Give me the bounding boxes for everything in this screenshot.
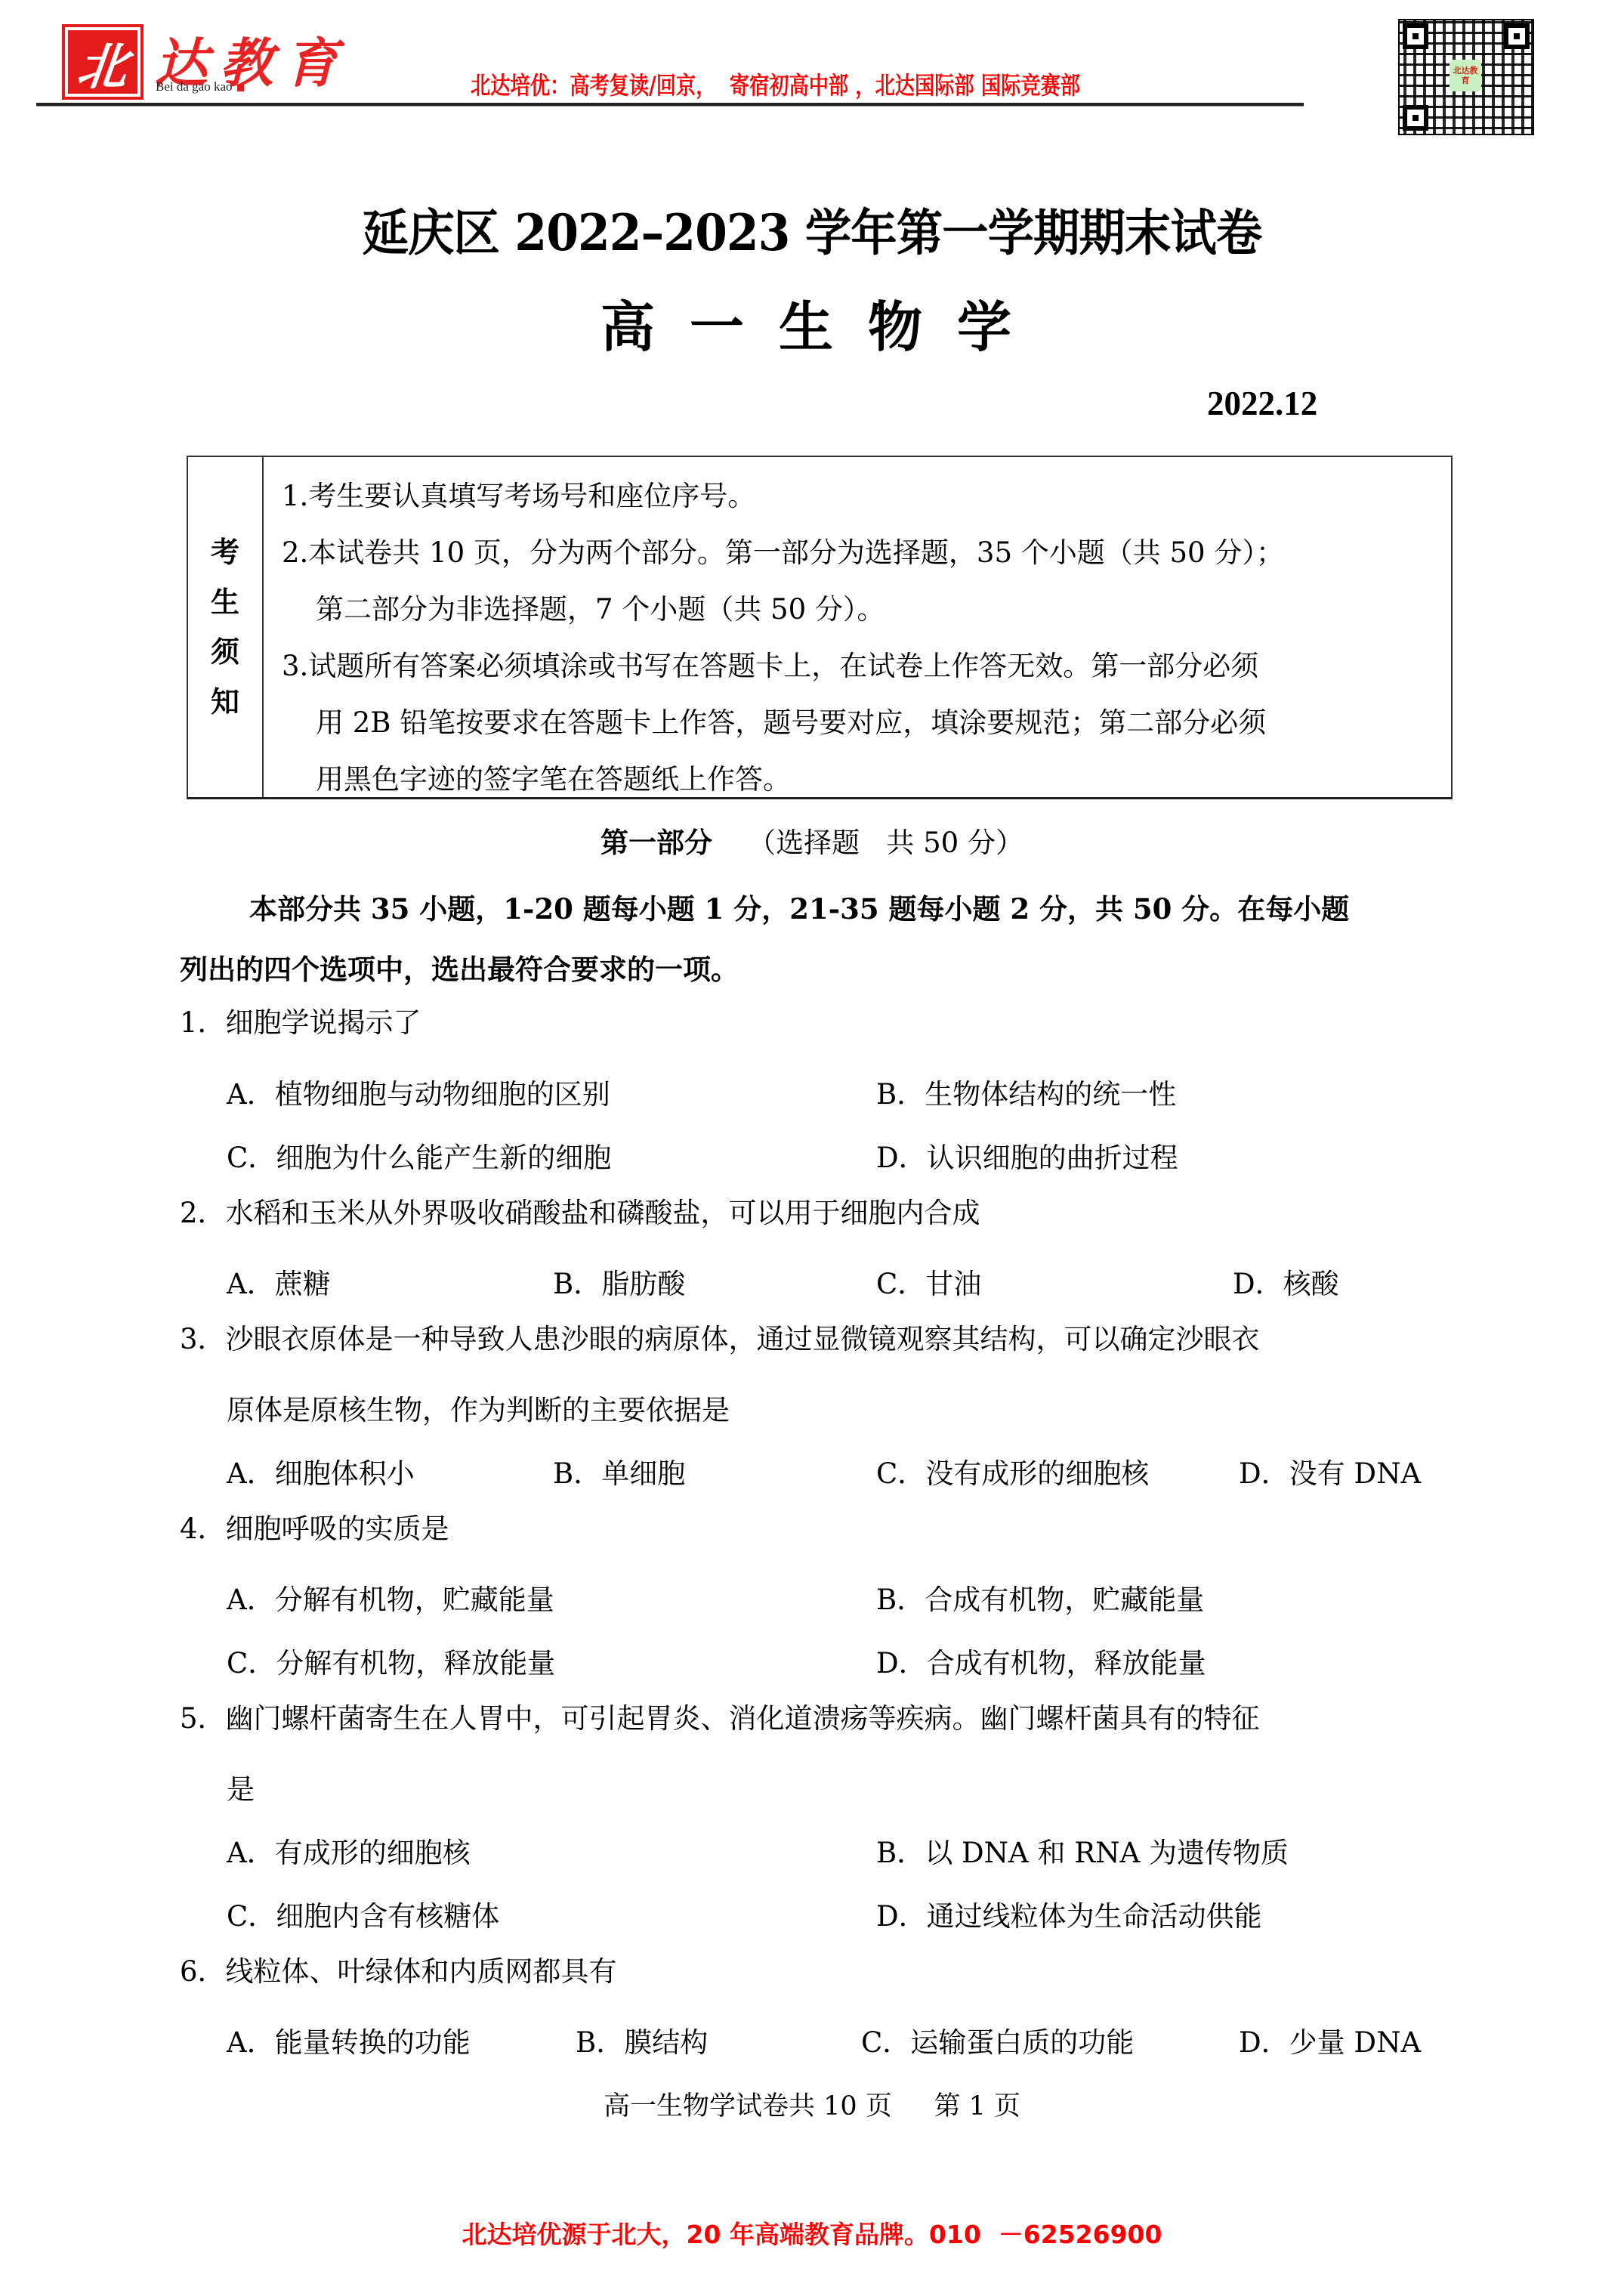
question-6-option-c: C．运输蛋白质的功能 [861,2020,1134,2060]
question-2-option-d: D．核酸 [1233,1261,1339,1302]
logo-badge: 北 [62,24,144,100]
notice-label-char: 考 [211,535,239,570]
question-4-option-c: C．分解有机物，释放能量 [227,1640,555,1681]
qr-finder [1504,23,1530,49]
header-divider [36,103,1304,107]
notice-body: 1.考生要认真填写考场号和座位序号。 2.本试卷共 10 页，分为两个部分。第一… [264,457,1451,797]
notice-label-char: 须 [211,635,239,669]
notice-item: 2.本试卷共 10 页，分为两个部分。第一部分为选择题，35 个小题（共 50 … [282,524,1451,581]
question-4-option-a: A．分解有机物，贮藏能量 [227,1577,554,1618]
question-2-option-a: A．蔗糖 [227,1261,331,1302]
question-1-option-b: B．生物体结构的统一性 [876,1071,1176,1112]
notice-item: 3.试题所有答案必须填涂或书写在答题卡上，在试卷上作答无效。第一部分必须 [282,638,1451,694]
question-3-stem-cont: 原体是原核生物，作为判断的主要依据是 [227,1387,730,1428]
question-4-stem: 4．细胞呼吸的实质是 [180,1513,449,1545]
notice-item-cont: 用黑色字迹的签字笔在答题纸上作答。 [282,751,1451,808]
question-3-stem: 3．沙眼衣原体是一种导致人患沙眼的病原体，通过显微镜观察其结构，可以确定沙眼衣 [180,1324,1260,1355]
exam-title: 延庆区 2022–2023 学年第一学期期末试卷 [57,193,1567,264]
question-4-option-d: D．合成有机物，释放能量 [876,1640,1206,1681]
question-5-option-b: B．以 DNA 和 RNA 为遗传物质 [876,1830,1289,1871]
page-number-footer: 高一生物学试卷共 10 页 第 1 页 [0,2085,1624,2123]
question-5-option-d: D．通过线粒体为生命活动供能 [876,1893,1262,1934]
logo-subtitle-text: Bei da gao kao [156,79,233,94]
qr-center-logo: 北达教育 [1450,60,1481,91]
instructions-line: 列出的四个选项中，选出最符合要求的一项。 [180,939,1464,1000]
qr-finder [1403,23,1428,49]
notice-label-char: 知 [211,685,239,719]
question-6-option-d: D．少量 DNA [1239,2020,1421,2060]
question-2-stem: 2．水稻和玉米从外界吸收硝酸盐和磷酸盐，可以用于细胞内合成 [180,1197,980,1229]
question-3-option-b: B．单细胞 [553,1451,685,1491]
notice-label: 考 生 须 知 [188,457,264,797]
question-5-stem: 5．幽门螺杆菌寄生在人胃中，可引起胃炎、消化道溃疡等疾病。幽门螺杆菌具有的特征 [180,1703,1260,1735]
part-heading-title: 第一部分 [601,826,712,859]
logo-char: 北 [74,26,131,98]
question-2-option-b: B．脂肪酸 [553,1261,685,1302]
promo-footer: 北达培优源于北大，20 年高端教育品牌。010 －62526900 [0,2215,1624,2251]
question-4-option-b: B．合成有机物，贮藏能量 [876,1577,1204,1618]
logo-subtitle: Bei da gao kao [156,79,244,94]
question-6-stem: 6．线粒体、叶绿体和内质网都具有 [180,1956,617,1988]
notice-item-cont: 第二部分为非选择题，7 个小题（共 50 分）。 [282,581,1451,638]
square-icon [237,85,244,91]
question-6-option-b: B．膜结构 [576,2020,708,2060]
qr-finder [1403,105,1428,131]
question-3-option-d: D．没有 DNA [1239,1451,1421,1491]
question-1-option-d: D．认识细胞的曲折过程 [876,1135,1178,1176]
part-instructions: 本部分共 35 小题，1-20 题每小题 1 分，21-35 题每小题 2 分，… [180,879,1464,1000]
question-1-option-a: A．植物细胞与动物细胞的区别 [227,1071,610,1112]
notice-item-cont: 用 2B 铅笔按要求在答题卡上作答，题号要对应，填涂要规范；第二部分必须 [282,694,1451,751]
subject-title: 高一生物学 [0,283,1624,362]
notice-table: 考 生 须 知 1.考生要认真填写考场号和座位序号。 2.本试卷共 10 页，分… [187,456,1453,799]
notice-label-char: 生 [211,585,239,620]
notice-item: 1.考生要认真填写考场号和座位序号。 [282,468,1451,524]
exam-date: 2022.12 [1207,384,1317,423]
question-3-option-c: C．没有成形的细胞核 [876,1451,1149,1491]
header-slogan: 北达培优：高考复读/回京， 寄宿初高中部 ，北达国际部 国际竞赛部 [471,66,1080,101]
question-2-option-c: C．甘油 [876,1261,981,1302]
question-5-option-a: A．有成形的细胞核 [227,1830,471,1871]
part-heading-note: （选择题 共 50 分） [748,827,1023,859]
question-5-option-c: C．细胞内含有核糖体 [227,1893,499,1934]
part-heading: 第一部分 （选择题 共 50 分） [0,820,1624,861]
question-6-option-a: A．能量转换的功能 [227,2020,471,2060]
question-1-stem: 1．细胞学说揭示了 [180,1007,421,1039]
question-3-option-a: A．细胞体积小 [227,1451,415,1491]
qr-code-icon: 北达教育 [1398,19,1534,135]
question-1-option-c: C．细胞为什么能产生新的细胞 [227,1135,611,1176]
question-5-stem-cont: 是 [227,1766,255,1807]
instructions-line: 本部分共 35 小题，1-20 题每小题 1 分，21-35 题每小题 2 分，… [249,892,1349,926]
